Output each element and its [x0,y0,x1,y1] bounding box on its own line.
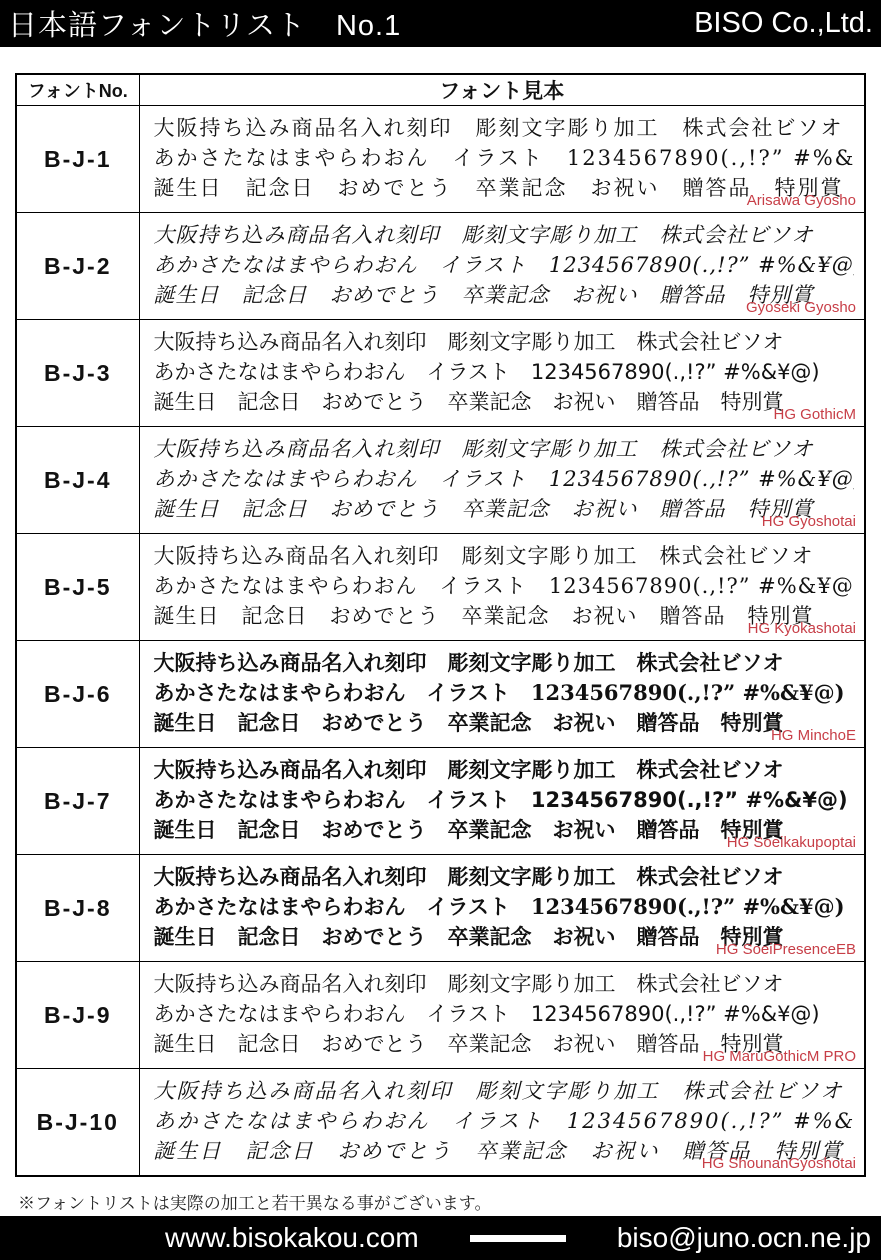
sample-line: 大阪持ち込み商品名入れ刻印 彫刻文字彫り加工 株式会社ビソオ [154,755,855,785]
table-row: B-J-5 大阪持ち込み商品名入れ刻印 彫刻文字彫り加工 株式会社ビソオ あかさ… [16,534,865,641]
sample-line: 大阪持ち込み商品名入れ刻印 彫刻文字彫り加工 株式会社ビソオ [154,541,855,571]
sample-line: あかさたなはまやらわおん イラスト 1234567890(.,!?” #%&¥@… [154,464,855,494]
font-sample-cell: 大阪持ち込み商品名入れ刻印 彫刻文字彫り加工 株式会社ビソオ あかさたなはまやら… [139,962,865,1069]
sample-line: あかさたなはまやらわおん イラスト 1234567890(.,!?” #%&¥@… [154,678,855,708]
font-name-label: HG Gyoshotai [762,513,856,530]
table-header-row: フォントNo. フォント見本 [16,74,865,106]
bottom-contact-bar: www.bisokakou.com biso@juno.ocn.ne.jp [0,1216,881,1260]
table-row: B-J-1 大阪持ち込み商品名入れ刻印 彫刻文字彫り加工 株式会社ビソオ あかさ… [16,106,865,213]
sample-line: 大阪持ち込み商品名入れ刻印 彫刻文字彫り加工 株式会社ビソオ [154,327,855,357]
sample-line: 大阪持ち込み商品名入れ刻印 彫刻文字彫り加工 株式会社ビソオ [154,113,855,143]
font-no: B-J-10 [16,1069,139,1177]
font-name-label: HG GothicM [773,406,856,423]
table-row: B-J-6 大阪持ち込み商品名入れ刻印 彫刻文字彫り加工 株式会社ビソオ あかさ… [16,641,865,748]
column-header-font-no: フォントNo. [16,74,139,106]
font-sample-cell: 大阪持ち込み商品名入れ刻印 彫刻文字彫り加工 株式会社ビソオ あかさたなはまやら… [139,748,865,855]
email-address: biso@juno.ocn.ne.jp [617,1222,871,1254]
sample-line: 誕生日 記念日 おめでとう 卒業記念 お祝い 贈答品 特別賞 [154,387,855,417]
top-title-bar: 日本語フォントリスト No.1 BISO Co.,Ltd. [0,0,881,47]
sample-line: あかさたなはまやらわおん イラスト 1234567890(.,!?” #%&¥@… [154,250,855,280]
font-no: B-J-4 [16,427,139,534]
font-name-label: HG Soeikakupoptai [727,834,856,851]
sample-line: 誕生日 記念日 おめでとう 卒業記念 お祝い 贈答品 特別賞 [154,708,855,738]
sample-line: あかさたなはまやらわおん イラスト 1234567890(.,!?” #%&¥@… [154,143,855,173]
font-name-label: HG SoeiPresenceEB [716,941,856,958]
page-title: 日本語フォントリスト No.1 [8,3,401,44]
sample-line: あかさたなはまやらわおん イラスト 1234567890(.,!?” #%&¥@… [154,892,855,922]
font-sample-cell: 大阪持ち込み商品名入れ刻印 彫刻文字彫り加工 株式会社ビソオ あかさたなはまやら… [139,534,865,641]
sample-line: 大阪持ち込み商品名入れ刻印 彫刻文字彫り加工 株式会社ビソオ [154,434,855,464]
sample-line: 大阪持ち込み商品名入れ刻印 彫刻文字彫り加工 株式会社ビソオ [154,969,855,999]
sample-line: 大阪持ち込み商品名入れ刻印 彫刻文字彫り加工 株式会社ビソオ [154,220,855,250]
sample-line: あかさたなはまやらわおん イラスト 1234567890(.,!?” #%&¥@… [154,785,855,815]
font-sample-cell: 大阪持ち込み商品名入れ刻印 彫刻文字彫り加工 株式会社ビソオ あかさたなはまやら… [139,213,865,320]
sample-line: 大阪持ち込み商品名入れ刻印 彫刻文字彫り加工 株式会社ビソオ [154,648,855,678]
table-row: B-J-8 大阪持ち込み商品名入れ刻印 彫刻文字彫り加工 株式会社ビソオ あかさ… [16,855,865,962]
company-name: BISO Co.,Ltd. [694,7,873,40]
sample-line: 大阪持ち込み商品名入れ刻印 彫刻文字彫り加工 株式会社ビソオ [154,1076,855,1106]
table-row: B-J-9 大阪持ち込み商品名入れ刻印 彫刻文字彫り加工 株式会社ビソオ あかさ… [16,962,865,1069]
table-row: B-J-4 大阪持ち込み商品名入れ刻印 彫刻文字彫り加工 株式会社ビソオ あかさ… [16,427,865,534]
font-name-label: HG MaruGothicM PRO [703,1048,856,1065]
font-sample-cell: 大阪持ち込み商品名入れ刻印 彫刻文字彫り加工 株式会社ビソオ あかさたなはまやら… [139,1069,865,1177]
font-no: B-J-7 [16,748,139,855]
font-no: B-J-6 [16,641,139,748]
font-no: B-J-9 [16,962,139,1069]
font-no: B-J-5 [16,534,139,641]
font-name-label: Gyoseki Gyosho [746,299,856,316]
font-name-label: HG MinchoE [771,727,856,744]
font-sample-cell: 大阪持ち込み商品名入れ刻印 彫刻文字彫り加工 株式会社ビソオ あかさたなはまやら… [139,855,865,962]
font-list-page: 日本語フォントリスト No.1 BISO Co.,Ltd. フォントNo. フォ… [0,0,881,1260]
sample-line: あかさたなはまやらわおん イラスト 1234567890(.,!?” #%&¥@… [154,571,855,601]
font-name-label: HG Kyokashotai [748,620,856,637]
sample-line: 大阪持ち込み商品名入れ刻印 彫刻文字彫り加工 株式会社ビソオ [154,862,855,892]
sample-line: あかさたなはまやらわおん イラスト 1234567890(.,!?” #%&¥@… [154,357,855,387]
table-row: B-J-7 大阪持ち込み商品名入れ刻印 彫刻文字彫り加工 株式会社ビソオ あかさ… [16,748,865,855]
font-sample-cell: 大阪持ち込み商品名入れ刻印 彫刻文字彫り加工 株式会社ビソオ あかさたなはまやら… [139,427,865,534]
sample-line: あかさたなはまやらわおん イラスト 1234567890(.,!?” #%&¥@… [154,1106,855,1136]
table-row: B-J-3 大阪持ち込み商品名入れ刻印 彫刻文字彫り加工 株式会社ビソオ あかさ… [16,320,865,427]
font-sample-cell: 大阪持ち込み商品名入れ刻印 彫刻文字彫り加工 株式会社ビソオ あかさたなはまやら… [139,641,865,748]
sample-line: あかさたなはまやらわおん イラスト 1234567890(.,!?” #%&¥@… [154,999,855,1029]
font-no: B-J-1 [16,106,139,213]
font-sample-table: フォントNo. フォント見本 B-J-1 大阪持ち込み商品名入れ刻印 彫刻文字彫… [15,73,866,1177]
disclaimer-note: ※フォントリストは実際の加工と若干異なる事がございます。 [18,1189,881,1214]
table-row: B-J-10 大阪持ち込み商品名入れ刻印 彫刻文字彫り加工 株式会社ビソオ あか… [16,1069,865,1177]
font-name-label: HG ShounanGyoshotai [702,1155,856,1172]
font-no: B-J-3 [16,320,139,427]
sample-line: 誕生日 記念日 おめでとう 卒業記念 お祝い 贈答品 特別賞 [154,494,855,524]
font-sample-cell: 大阪持ち込み商品名入れ刻印 彫刻文字彫り加工 株式会社ビソオ あかさたなはまやら… [139,106,865,213]
column-header-font-sample: フォント見本 [139,74,865,106]
font-no: B-J-2 [16,213,139,320]
separator-dash [470,1235,566,1242]
font-sample-cell: 大阪持ち込み商品名入れ刻印 彫刻文字彫り加工 株式会社ビソオ あかさたなはまやら… [139,320,865,427]
font-name-label: Arisawa Gyosho [747,192,856,209]
table-row: B-J-2 大阪持ち込み商品名入れ刻印 彫刻文字彫り加工 株式会社ビソオ あかさ… [16,213,865,320]
font-no: B-J-8 [16,855,139,962]
website-url: www.bisokakou.com [165,1222,419,1254]
